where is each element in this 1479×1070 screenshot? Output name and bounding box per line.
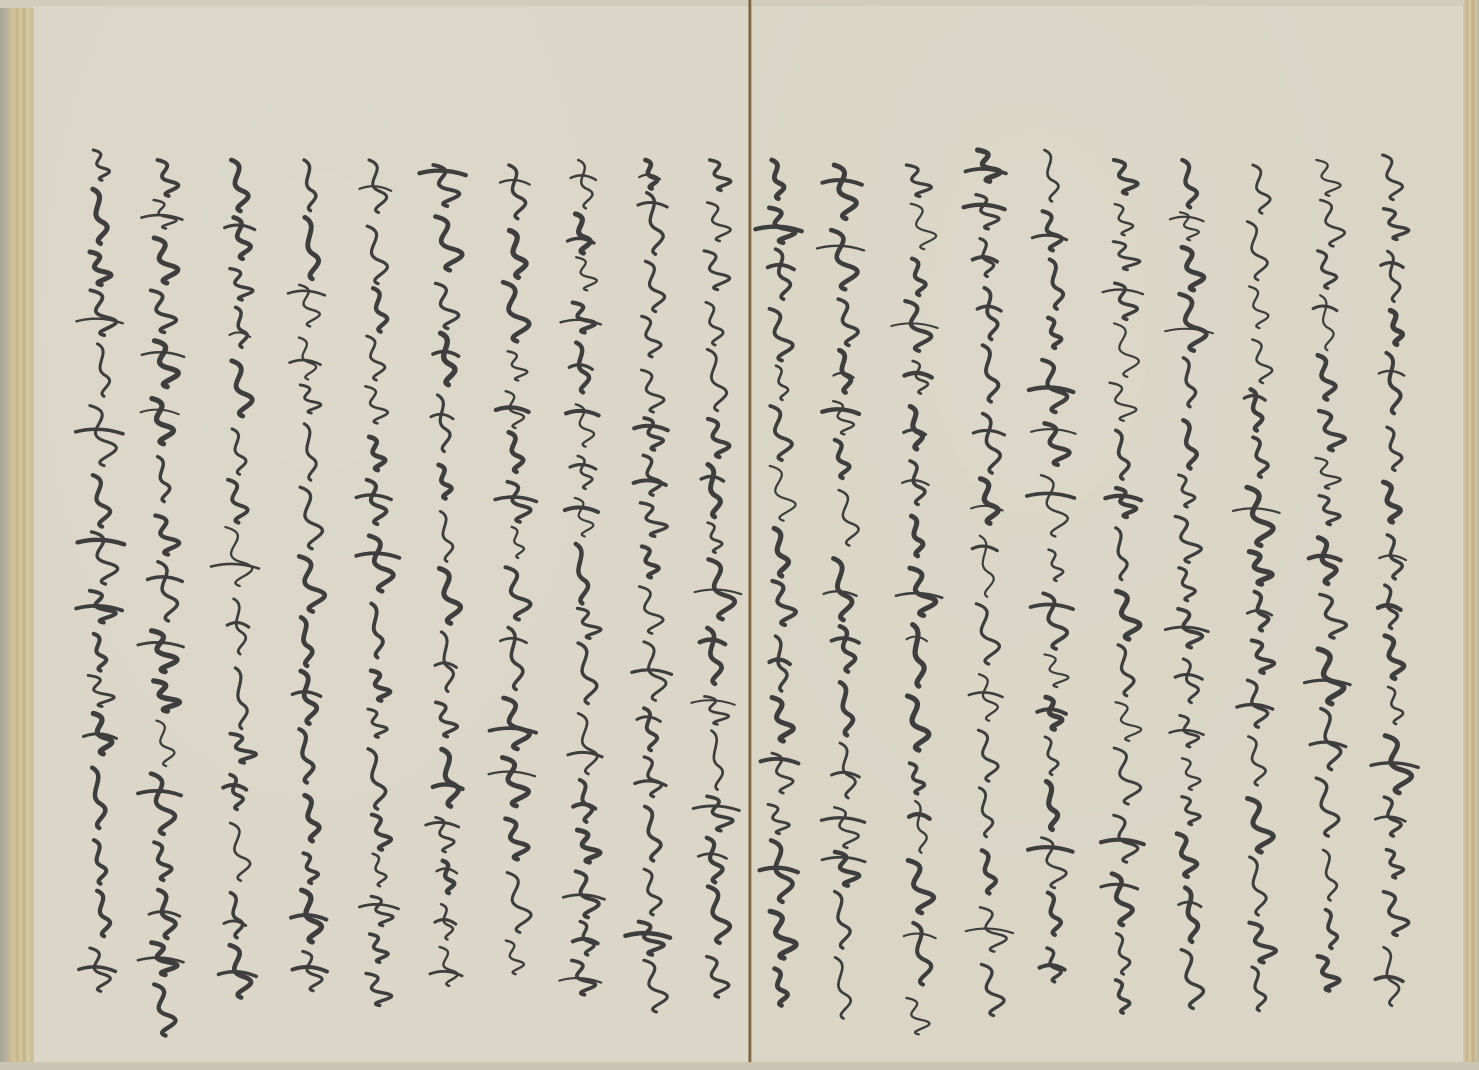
bottom-background [0, 1062, 1479, 1070]
right-page [752, 6, 1465, 1062]
left-page-edges [0, 8, 36, 1062]
open-book [0, 0, 1479, 1070]
right-page-edges [1463, 0, 1479, 1070]
left-page [34, 6, 748, 1062]
